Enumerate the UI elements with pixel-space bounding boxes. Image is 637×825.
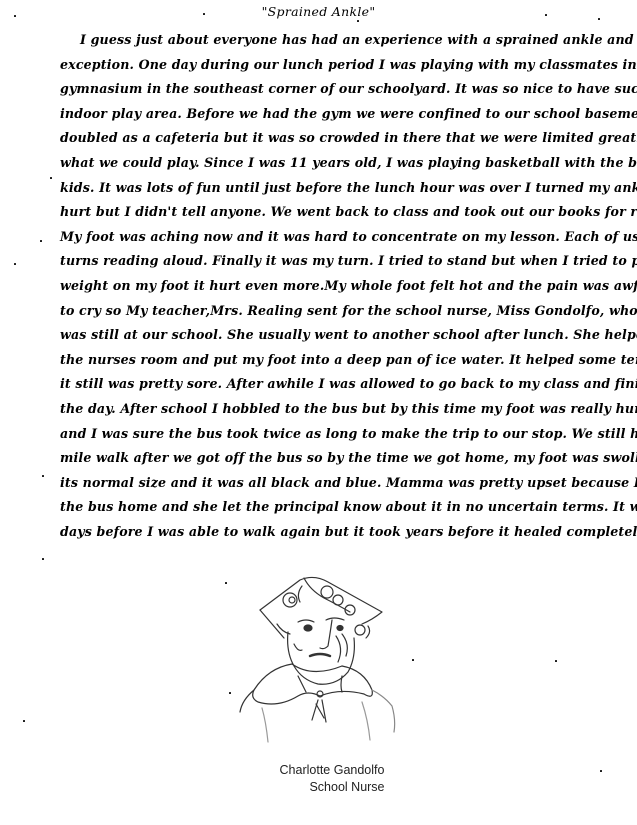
text-line: I guess just about everyone has had an e… [60,28,632,53]
nurse-portrait-sketch [232,572,412,747]
text-line: its normal size and it was all black and… [60,471,632,496]
scan-speck [203,13,205,15]
text-line: My foot was aching now and it was hard t… [60,225,632,250]
scan-speck [357,20,359,22]
text-line: was still at our school. She usually wen… [60,323,632,348]
text-line: it still was pretty sore. After awhile I… [60,372,632,397]
text-line: kids. It was lots of fun until just befo… [60,176,632,201]
scan-speck [412,659,414,661]
scan-speck [40,240,42,242]
scan-speck [14,263,16,265]
text-line: exception. One day during our lunch peri… [60,53,632,78]
document-title: "Sprained Ankle" [0,4,637,19]
handwritten-essay: I guess just about everyone has had an e… [60,28,632,544]
text-line: gymnasium in the southeast corner of our… [60,77,632,102]
text-line: the bus home and she let the principal k… [60,495,632,520]
text-line: days before I was able to walk again but… [60,520,632,545]
caption-role: School Nurse [240,779,430,796]
text-line: weight on my foot it hurt even more.My w… [60,274,632,299]
text-line: to cry so My teacher,Mrs. Realing sent f… [60,299,632,324]
portrait-caption: Charlotte Gandolfo School Nurse [240,762,430,796]
scan-speck [598,18,600,20]
scan-speck [600,770,602,772]
text-line: hurt but I didn't tell anyone. We went b… [60,200,632,225]
scan-speck [225,582,227,584]
text-line: the nurses room and put my foot into a d… [60,348,632,373]
scan-speck [42,558,44,560]
text-line: and I was sure the bus took twice as lon… [60,426,637,441]
scan-speck [545,14,547,16]
text-line: the day. After school I hobbled to the b… [60,397,632,422]
text-line: indoor play area. Before we had the gym … [60,102,632,127]
scan-speck [50,177,52,179]
text-line: what we could play. Since I was 11 years… [60,151,632,176]
text-line: doubled as a cafeteria but it was so cro… [60,126,632,151]
scan-speck [42,475,44,477]
scanned-page: "Sprained Ankle" I guess just about ever… [0,0,637,825]
caption-name: Charlotte Gandolfo [240,762,430,779]
text-line-with-fraction: and I was sure the bus took twice as lon… [60,422,632,447]
scan-speck [229,692,231,694]
text-line: turns reading aloud. Finally it was my t… [60,249,632,274]
scan-speck [555,660,557,662]
text-line: mile walk after we got off the bus so by… [60,446,632,471]
scan-speck [23,720,25,722]
scan-speck [14,15,16,17]
